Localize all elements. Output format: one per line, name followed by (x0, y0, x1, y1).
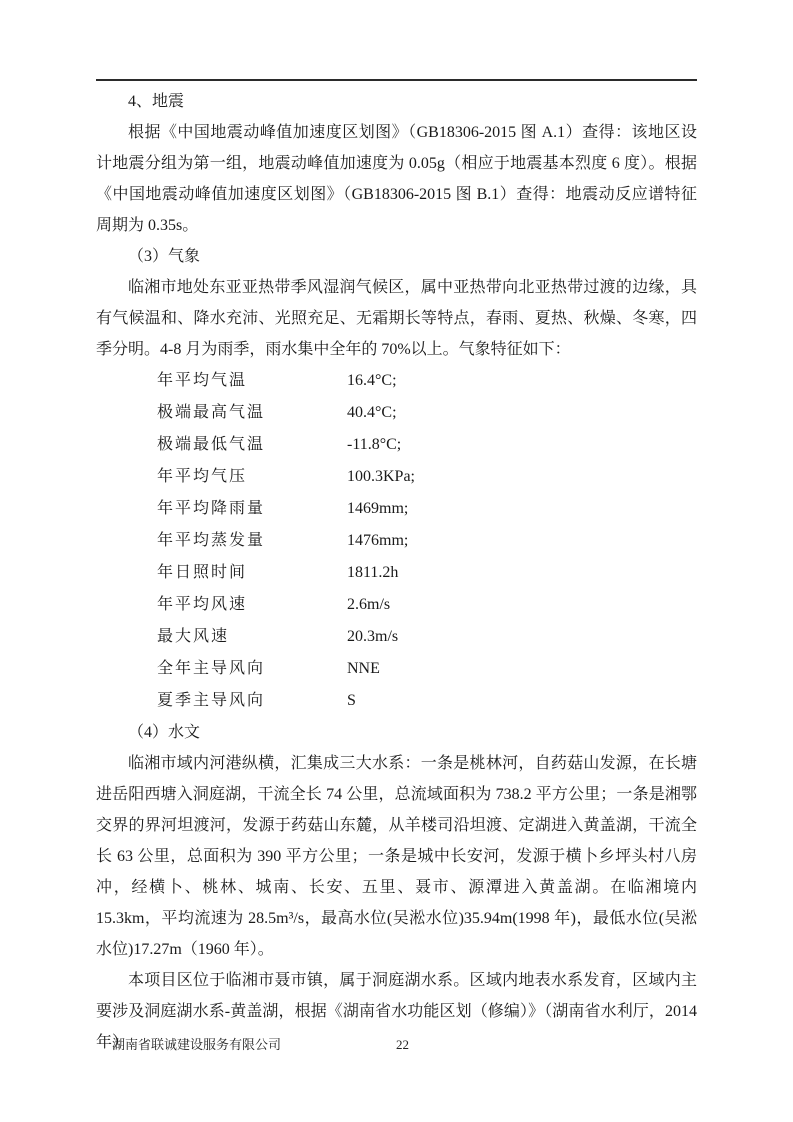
weather-stat-label: 年平均降雨量 (157, 493, 347, 525)
section-heading-earthquake: 4、地震 (96, 86, 697, 117)
footer-page-number: 22 (396, 1036, 409, 1054)
weather-stat-label: 最大风速 (157, 621, 347, 653)
meteorology-paragraph: 临湘市地处东亚亚热带季风湿润气候区，属中亚热带向北亚热带过渡的边缘，具有气候温和… (96, 272, 697, 365)
weather-stat-value: 20.3m/s (347, 621, 697, 653)
document-page: 4、地震 根据《中国地震动峰值加速度区划图》（GB18306-2015 图 A.… (0, 0, 793, 1122)
weather-stat-value: 16.4°C; (347, 365, 697, 397)
weather-stat-row: 年日照时间 1811.2h (96, 557, 697, 589)
weather-stat-label: 年平均蒸发量 (157, 525, 347, 557)
weather-stat-label: 年平均气温 (157, 365, 347, 397)
weather-stat-row: 年平均降雨量 1469mm; (96, 493, 697, 525)
weather-stat-label: 全年主导风向 (157, 653, 347, 685)
earthquake-paragraph: 根据《中国地震动峰值加速度区划图》（GB18306-2015 图 A.1）查得：… (96, 117, 697, 241)
weather-stat-row: 极端最高气温 40.4°C; (96, 397, 697, 429)
weather-stat-value: -11.8°C; (347, 429, 697, 461)
weather-stat-value: S (347, 685, 697, 717)
weather-stat-row: 年平均蒸发量 1476mm; (96, 525, 697, 557)
weather-stat-label: 年平均风速 (157, 589, 347, 621)
weather-stat-value: 1811.2h (347, 557, 697, 589)
weather-stat-value: 2.6m/s (347, 589, 697, 621)
weather-stat-value: 40.4°C; (347, 397, 697, 429)
weather-stat-row: 极端最低气温 -11.8°C; (96, 429, 697, 461)
hydrology-paragraph-1: 临湘市域内河港纵横，汇集成三大水系：一条是桃林河，自药菇山发源，在长塘进岳阳西塘… (96, 748, 697, 965)
weather-stat-label: 极端最低气温 (157, 429, 347, 461)
weather-stat-value: 1476mm; (347, 525, 697, 557)
weather-stat-row: 年平均气压 100.3KPa; (96, 461, 697, 493)
weather-stat-row: 年平均风速 2.6m/s (96, 589, 697, 621)
weather-stat-label: 年日照时间 (157, 557, 347, 589)
footer-company-name: 湖南省联诚建设服务有限公司 (112, 1036, 281, 1054)
weather-stat-label: 极端最高气温 (157, 397, 347, 429)
weather-stat-label: 夏季主导风向 (157, 685, 347, 717)
section-heading-meteorology: （3）气象 (96, 241, 697, 272)
weather-stat-value: NNE (347, 653, 697, 685)
document-content: 4、地震 根据《中国地震动峰值加速度区划图》（GB18306-2015 图 A.… (96, 86, 697, 1058)
header-rule (96, 79, 697, 81)
section-heading-hydrology: （4）水文 (96, 717, 697, 748)
weather-stat-row: 年平均气温 16.4°C; (96, 365, 697, 397)
page-footer: 湖南省联诚建设服务有限公司 22 (0, 1036, 793, 1056)
weather-stat-value: 1469mm; (347, 493, 697, 525)
weather-stat-value: 100.3KPa; (347, 461, 697, 493)
weather-stat-row: 全年主导风向 NNE (96, 653, 697, 685)
weather-stat-label: 年平均气压 (157, 461, 347, 493)
weather-stat-row: 夏季主导风向 S (96, 685, 697, 717)
weather-stats-list: 年平均气温 16.4°C; 极端最高气温 40.4°C; 极端最低气温 -11.… (96, 365, 697, 717)
weather-stat-row: 最大风速 20.3m/s (96, 621, 697, 653)
